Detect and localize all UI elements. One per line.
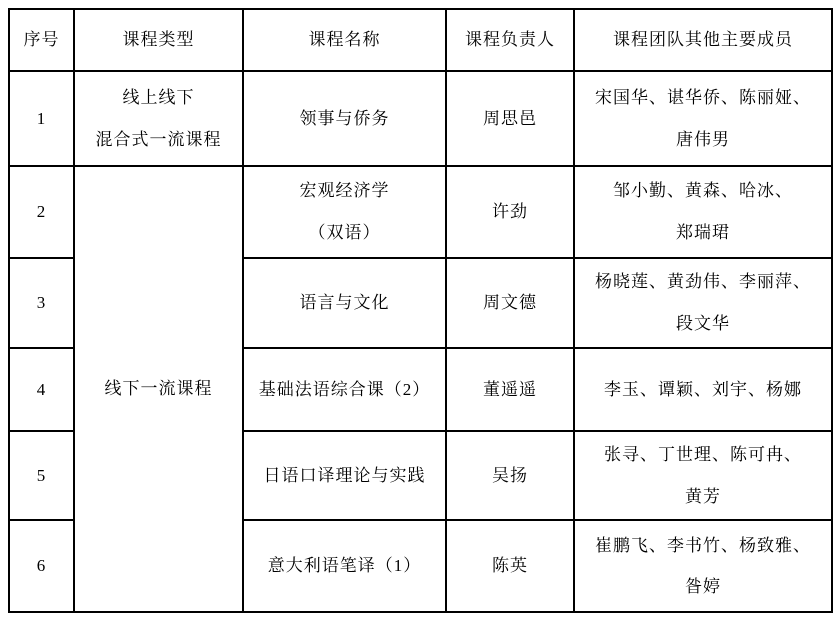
header-course-leader: 课程负责人 xyxy=(446,9,574,71)
course-name-cell: 意大利语笔译（1） xyxy=(243,520,446,612)
row-number-cell: 4 xyxy=(9,348,74,431)
course-leader-cell: 周思邑 xyxy=(446,71,574,166)
course-type-merged-cell: 线下一流课程 xyxy=(74,166,243,612)
course-table: 序号 课程类型 课程名称 课程负责人 课程团队其他主要成员 1 线上线下 混合式… xyxy=(8,8,833,613)
header-team-members: 课程团队其他主要成员 xyxy=(574,9,832,71)
table-row: 2 线下一流课程 宏观经济学 （双语） 许劲 邹小勤、黄森、哈冰、 郑瑞珺 xyxy=(9,166,832,258)
document-page: 序号 课程类型 课程名称 课程负责人 课程团队其他主要成员 1 线上线下 混合式… xyxy=(0,0,839,619)
course-leader-cell: 陈英 xyxy=(446,520,574,612)
team-members-cell: 崔鹏飞、李书竹、杨致雅、 昝婷 xyxy=(574,520,832,612)
course-name-cell: 日语口译理论与实践 xyxy=(243,431,446,520)
table-header-row: 序号 课程类型 课程名称 课程负责人 课程团队其他主要成员 xyxy=(9,9,832,71)
course-leader-cell: 周文德 xyxy=(446,258,574,348)
row-number-cell: 3 xyxy=(9,258,74,348)
row-number-cell: 2 xyxy=(9,166,74,258)
team-members-cell: 宋国华、谌华侨、陈丽娅、 唐伟男 xyxy=(574,71,832,166)
course-leader-cell: 许劲 xyxy=(446,166,574,258)
header-course-type: 课程类型 xyxy=(74,9,243,71)
course-name-cell: 基础法语综合课（2） xyxy=(243,348,446,431)
course-name-cell: 领事与侨务 xyxy=(243,71,446,166)
table-row: 1 线上线下 混合式一流课程 领事与侨务 周思邑 宋国华、谌华侨、陈丽娅、 唐伟… xyxy=(9,71,832,166)
team-members-cell: 邹小勤、黄森、哈冰、 郑瑞珺 xyxy=(574,166,832,258)
header-course-name: 课程名称 xyxy=(243,9,446,71)
row-number-cell: 1 xyxy=(9,71,74,166)
course-leader-cell: 董遥遥 xyxy=(446,348,574,431)
course-name-cell: 语言与文化 xyxy=(243,258,446,348)
row-number-cell: 5 xyxy=(9,431,74,520)
team-members-cell: 张寻、丁世理、陈可冉、 黄芳 xyxy=(574,431,832,520)
row-number-cell: 6 xyxy=(9,520,74,612)
team-members-cell: 李玉、谭颖、刘宇、杨娜 xyxy=(574,348,832,431)
team-members-cell: 杨晓莲、黄劲伟、李丽萍、 段文华 xyxy=(574,258,832,348)
header-index: 序号 xyxy=(9,9,74,71)
course-name-cell: 宏观经济学 （双语） xyxy=(243,166,446,258)
course-leader-cell: 吴扬 xyxy=(446,431,574,520)
course-type-cell: 线上线下 混合式一流课程 xyxy=(74,71,243,166)
